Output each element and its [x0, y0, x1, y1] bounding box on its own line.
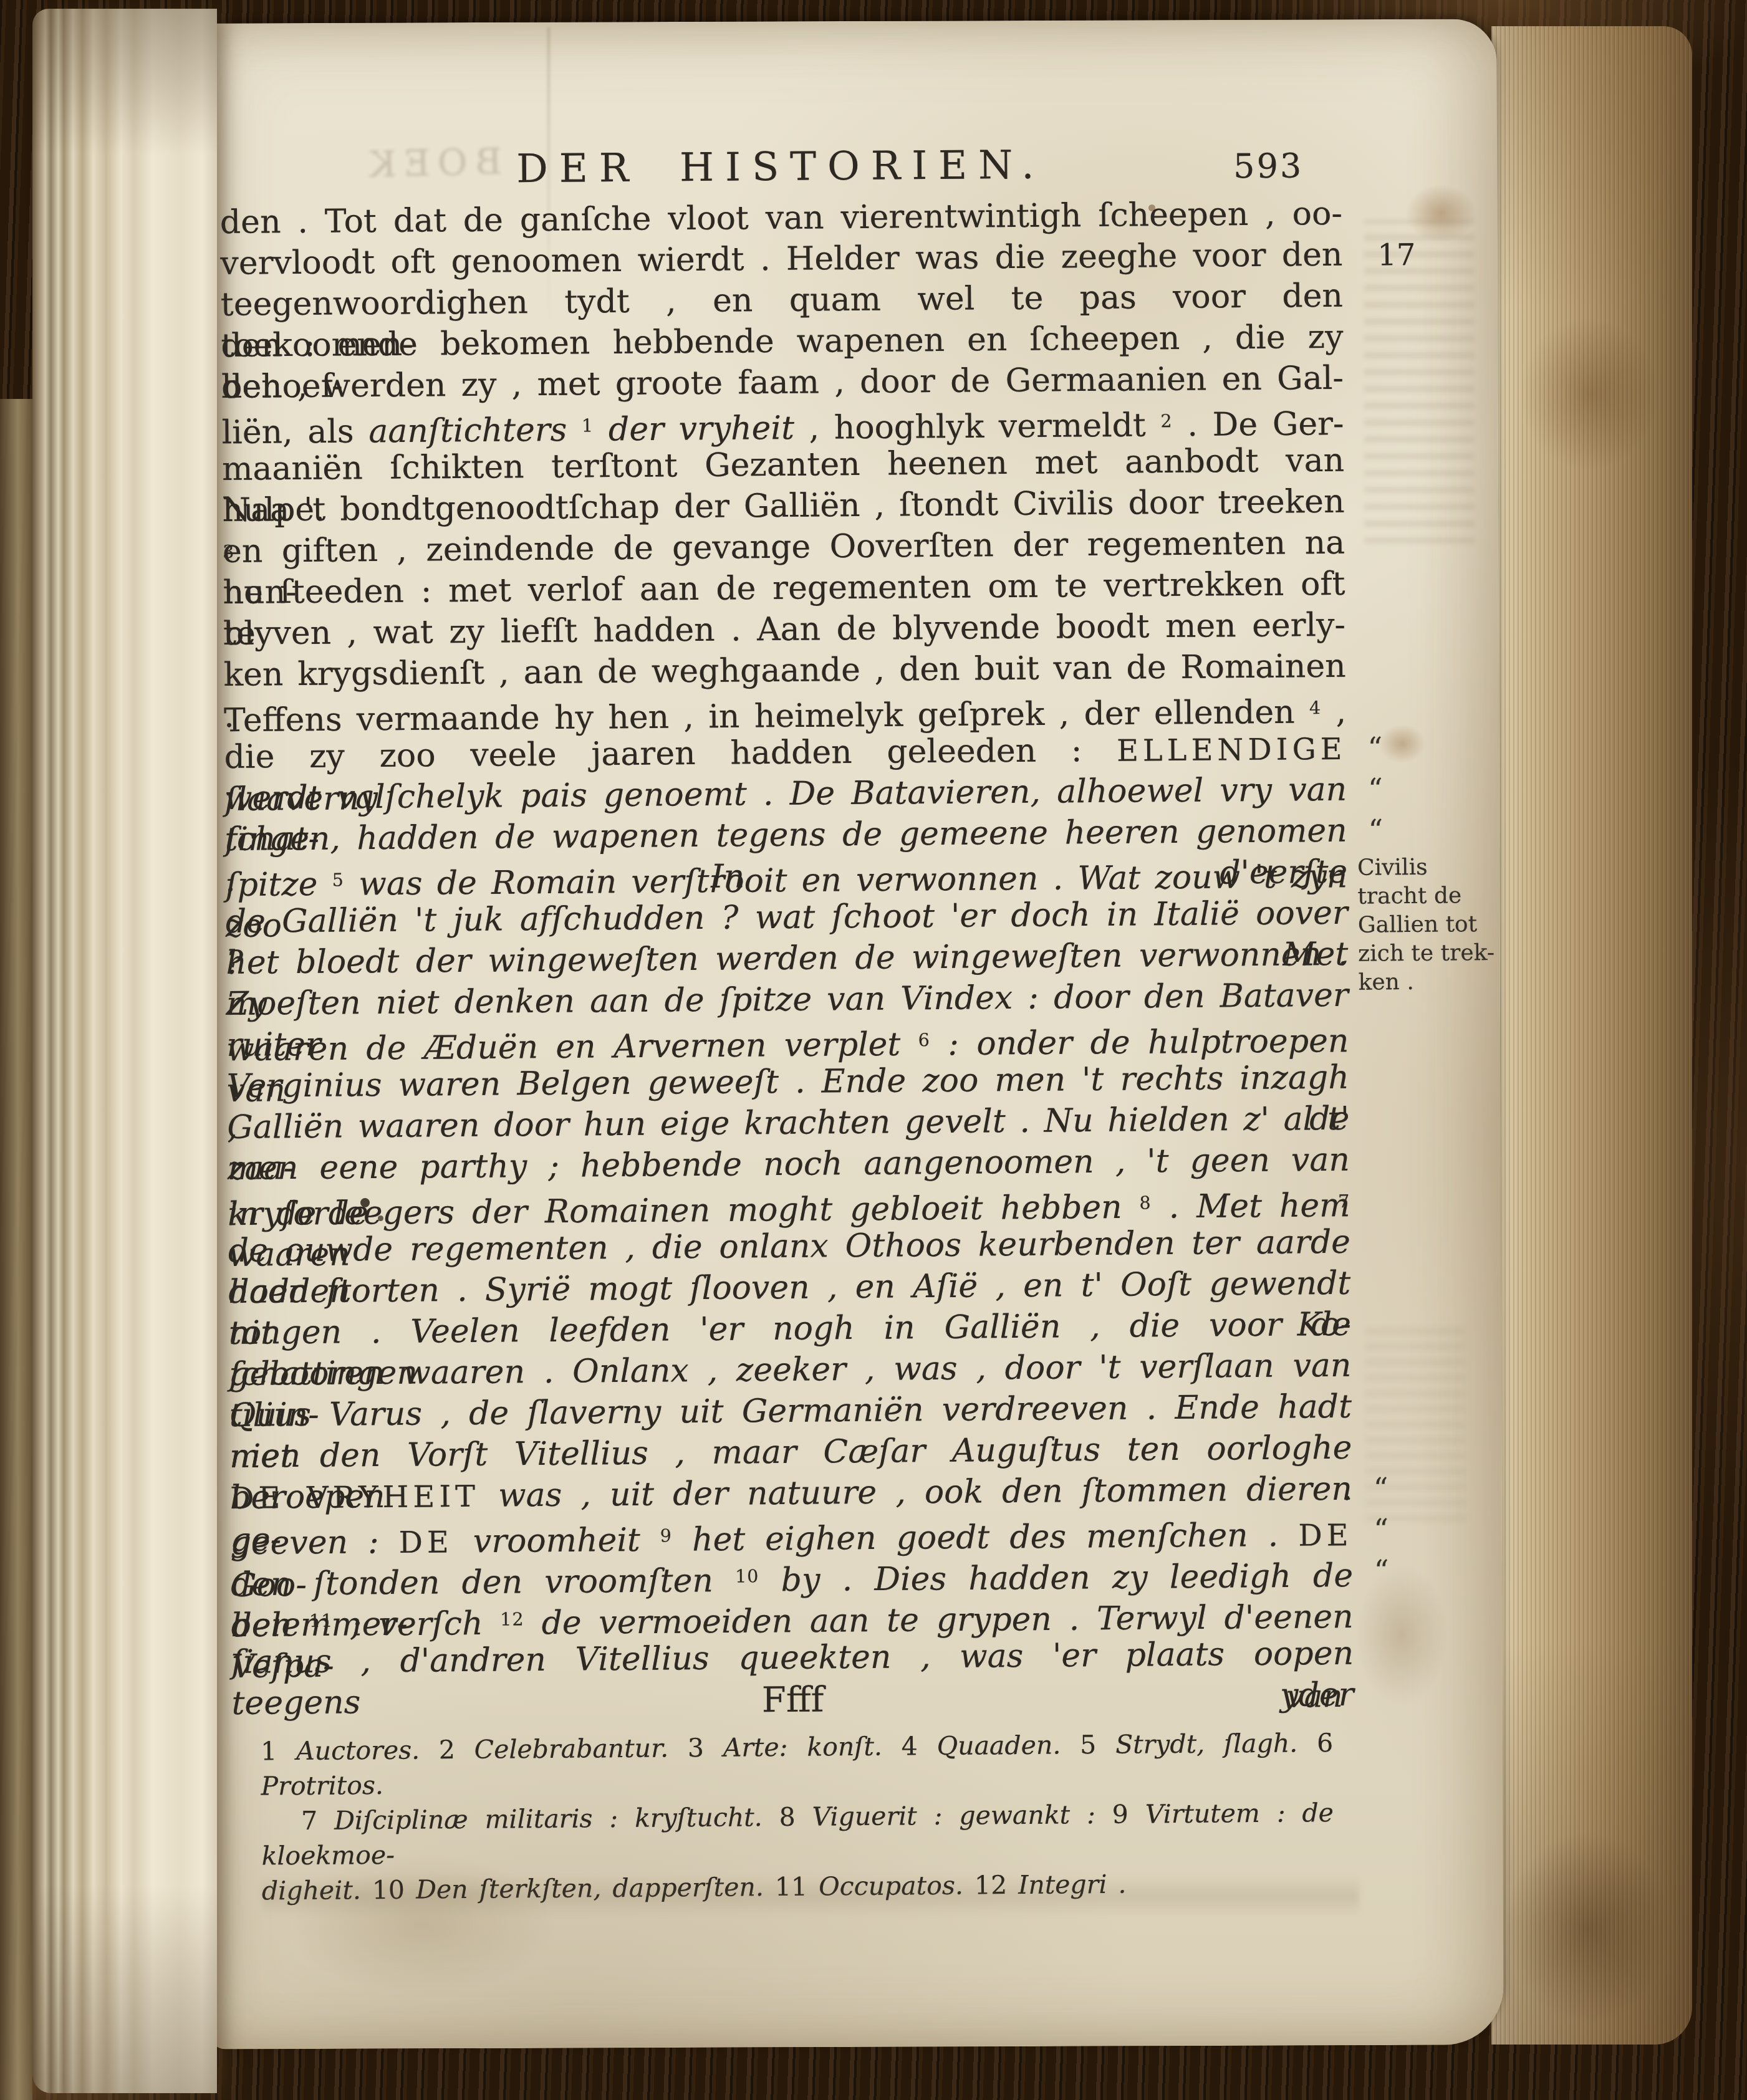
- side-note-line: Civilis: [1357, 853, 1488, 883]
- signature-mark: Ffff: [231, 1676, 1354, 1725]
- side-note-line: Gallien tot: [1358, 910, 1489, 940]
- margin-quote-mark: “: [1374, 1510, 1388, 1548]
- side-note-line: tracht de: [1357, 881, 1488, 911]
- page-number: 593: [1233, 146, 1304, 186]
- photo-scene: BOEK DER HISTORIEN. 593 17 Civilis trach…: [0, 0, 1747, 2100]
- page-title: DER HISTORIEN.: [219, 140, 1342, 194]
- margin-quote-mark: “: [1368, 770, 1383, 807]
- margin-quote-mark: “: [1374, 1469, 1388, 1507]
- margin-quote-mark: “: [1374, 1551, 1389, 1589]
- left-page-stack: [32, 9, 217, 2093]
- side-note-line: ken .: [1358, 967, 1489, 997]
- margin-quote-mark: “: [1367, 729, 1382, 766]
- margin-quote-mark: “: [1368, 811, 1383, 848]
- paper-wrinkle: [262, 1876, 1359, 1916]
- catchword: van: [1286, 1678, 1343, 1715]
- signature-row: Ffff van: [231, 1676, 1354, 1728]
- fore-edge-page-block: [1491, 26, 1692, 2045]
- running-header: DER HISTORIEN. 593: [219, 140, 1342, 202]
- side-note-line: zich te trek-: [1358, 939, 1489, 969]
- margin-side-note: Civilis tracht de Gallien tot zich te tr…: [1357, 853, 1490, 997]
- text-line: ſianus , d'andren Vitellius queekten , w…: [231, 1633, 1354, 1683]
- paper-crease: [547, 27, 550, 320]
- margin-section-number: 17: [1377, 237, 1416, 272]
- page-content: BOEK DER HISTORIEN. 593 17 Civilis trach…: [219, 140, 1355, 1909]
- footnote-line: 7 Diſciplinæ militaris : kryſtucht. 8 Vi…: [261, 1795, 1334, 1874]
- body-lines: 17 Civilis tracht de Gallien tot zich te…: [220, 193, 1354, 1683]
- footnote-line: 1 Auctores. 2 Celebrabantur. 3 Arte: kon…: [261, 1725, 1334, 1804]
- left-book-edge: [0, 399, 32, 2100]
